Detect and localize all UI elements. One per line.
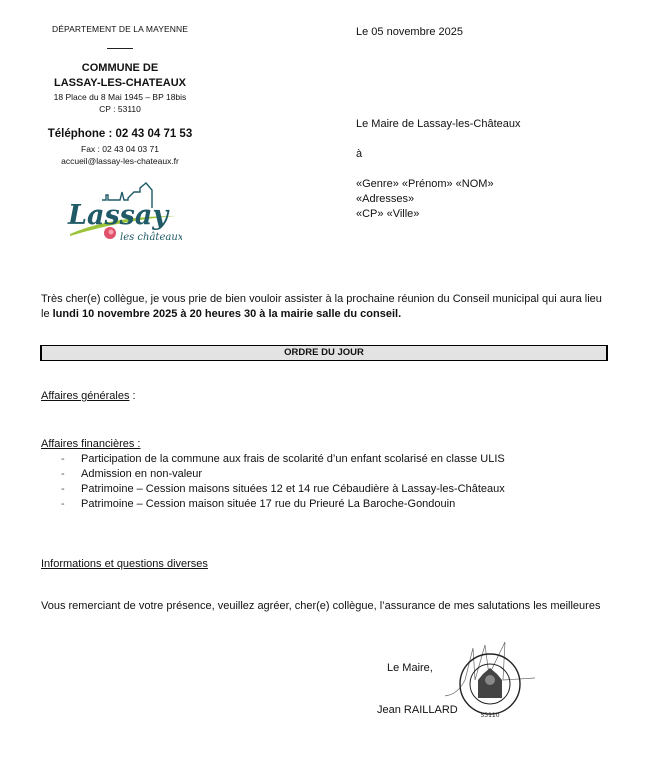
section-general: Affaires générales : — [41, 389, 136, 404]
section-title: Affaires financières : — [41, 438, 140, 450]
item-text: Patrimoine – Cession maison située 17 ru… — [81, 498, 455, 510]
address-block: Le Maire de Lassay-les-Châteaux à «Genre… — [356, 117, 520, 222]
fax: Fax : 02 43 04 03 71 — [30, 143, 210, 155]
meeting-datetime: lundi 10 novembre 2025 à 20 heures 30 à … — [53, 308, 402, 320]
letter-date: Le 05 novembre 2025 — [356, 26, 463, 38]
section-title: Affaires générales — [41, 390, 129, 402]
list-item: -Admission en non-valeur — [41, 467, 505, 482]
invitation-prefix: le — [41, 308, 53, 320]
bullet: - — [61, 467, 65, 482]
svg-text:Lassay: Lassay — [67, 200, 170, 231]
mairie-stamp-icon: 53110 — [445, 640, 535, 725]
address-line1: 18 Place du 8 Mai 1945 – BP 18bis — [30, 91, 210, 103]
letter-page: DÉPARTEMENT DE LA MAYENNE COMMUNE DE LAS… — [0, 0, 652, 763]
mayor-name: Jean RAILLARD — [377, 704, 458, 716]
invitation-text: Très cher(e) collègue, je vous prie de b… — [41, 292, 621, 307]
svg-text:les châteaux: les châteaux — [120, 232, 182, 243]
lassay-logo: Lassay les châteaux — [62, 178, 182, 244]
list-item: -Patrimoine – Cession maison située 17 r… — [41, 497, 505, 512]
signature-title: Le Maire, — [387, 662, 433, 674]
to-label: à — [356, 147, 520, 162]
bullet: - — [61, 497, 65, 512]
telephone: Téléphone : 02 43 04 71 53 — [30, 127, 210, 142]
recipient-city: «CP» «Ville» — [356, 207, 520, 222]
letterhead: DÉPARTEMENT DE LA MAYENNE COMMUNE DE LAS… — [30, 24, 210, 167]
item-text: Patrimoine – Cession maisons situées 12 … — [81, 483, 505, 495]
bullet: - — [61, 482, 65, 497]
list-item: -Participation de la commune aux frais d… — [41, 452, 505, 467]
item-text: Participation de la commune aux frais de… — [81, 453, 505, 465]
list-item: -Patrimoine – Cession maisons situées 12… — [41, 482, 505, 497]
divider — [107, 48, 133, 49]
sender: Le Maire de Lassay-les-Châteaux — [356, 117, 520, 132]
recipient-address: «Adresses» — [356, 192, 520, 207]
closing-paragraph: Vous remerciant de votre présence, veuil… — [41, 599, 600, 614]
section-suffix: : — [129, 390, 135, 402]
section-misc: Informations et questions diverses — [41, 557, 208, 572]
commune-line2: LASSAY-LES-CHATEAUX — [30, 76, 210, 91]
section-finance: Affaires financières : — [41, 437, 140, 452]
finance-items: -Participation de la commune aux frais d… — [41, 452, 505, 512]
commune-line1: COMMUNE DE — [30, 61, 210, 76]
bullet: - — [61, 452, 65, 467]
agenda-title: ORDRE DU JOUR — [40, 345, 608, 361]
recipient-name: «Genre» «Prénom» «NOM» — [356, 177, 520, 192]
invitation-paragraph: Très cher(e) collègue, je vous prie de b… — [41, 292, 621, 322]
department: DÉPARTEMENT DE LA MAYENNE — [30, 24, 210, 34]
address-line2: CP : 53110 — [30, 103, 210, 115]
section-title: Informations et questions diverses — [41, 558, 208, 570]
item-text: Admission en non-valeur — [81, 468, 202, 480]
email-link[interactable]: accueil@lassay-les-chateaux.fr — [30, 155, 210, 167]
svg-text:53110: 53110 — [480, 712, 499, 719]
